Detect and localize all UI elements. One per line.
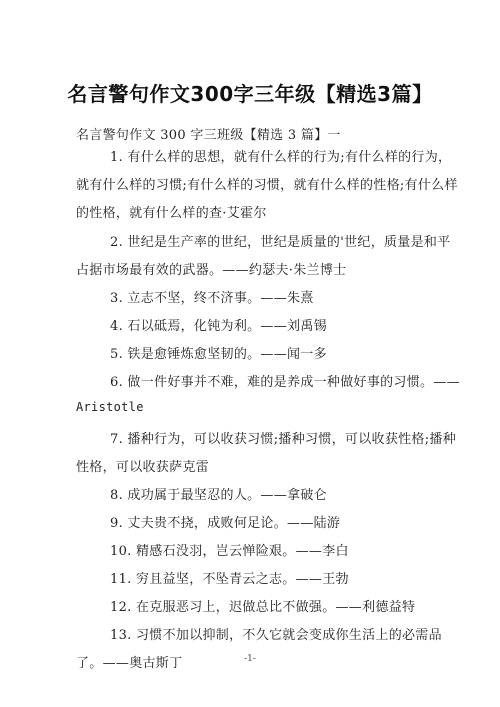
text-line: 9. 丈夫贵不挠，成败何足论。——陆游 bbox=[110, 512, 340, 531]
text-line: 6. 做一件好事并不难，难的是养成一种做好事的习惯。—— bbox=[110, 371, 460, 390]
text-line: 3. 立志不坚，终不济事。——朱熹 bbox=[110, 287, 314, 306]
text-line: 的性格，就有什么样的查·艾霍尔 bbox=[76, 202, 267, 221]
text-line: 4. 石以砥焉，化钝为利。——刘禹锡 bbox=[110, 315, 327, 334]
text-line: 11. 穷且益坚，不坠青云之志。——王勃 bbox=[110, 568, 349, 587]
text-line: 10. 精感石没羽，岂云惮险艰。——李白 bbox=[110, 540, 349, 559]
text-line: Aristotle bbox=[76, 400, 144, 414]
text-line: 12. 在克服恶习上，迟做总比不做强。——利德益特 bbox=[110, 596, 415, 615]
page-number: -1- bbox=[0, 654, 500, 664]
text-line: 1. 有什么样的思想，就有什么样的行为;有什么样的行为， bbox=[110, 146, 451, 165]
text-line: 占据市场最有效的武器。——约瑟夫·朱兰博士 bbox=[76, 259, 346, 278]
document-subtitle: 名言警句作文 300 字三班级【精选 3 篇】一 bbox=[76, 124, 341, 143]
text-line: 5. 铁是愈锤炼愈坚韧的。——闻一多 bbox=[110, 343, 327, 362]
text-line: 13. 习惯不加以抑制，不久它就会变成你生活上的必需品 bbox=[110, 624, 442, 643]
text-line: 8. 成功属于最坚忍的人。——拿破仑 bbox=[110, 484, 327, 503]
text-line: 就有什么样的习惯;有什么样的习惯，就有什么样的性格;有什么样 bbox=[76, 174, 458, 193]
text-line: 2. 世纪是生产率的世纪，世纪是质量的'世纪，质量是和平 bbox=[110, 231, 451, 250]
text-line: 性格，可以收获萨克雷 bbox=[76, 456, 209, 475]
text-line: 7. 播种行为，可以收获习惯;播种习惯，可以收获性格;播种 bbox=[110, 428, 456, 447]
document-title: 名言警句作文300字三年级【精选3篇】 bbox=[0, 78, 500, 107]
